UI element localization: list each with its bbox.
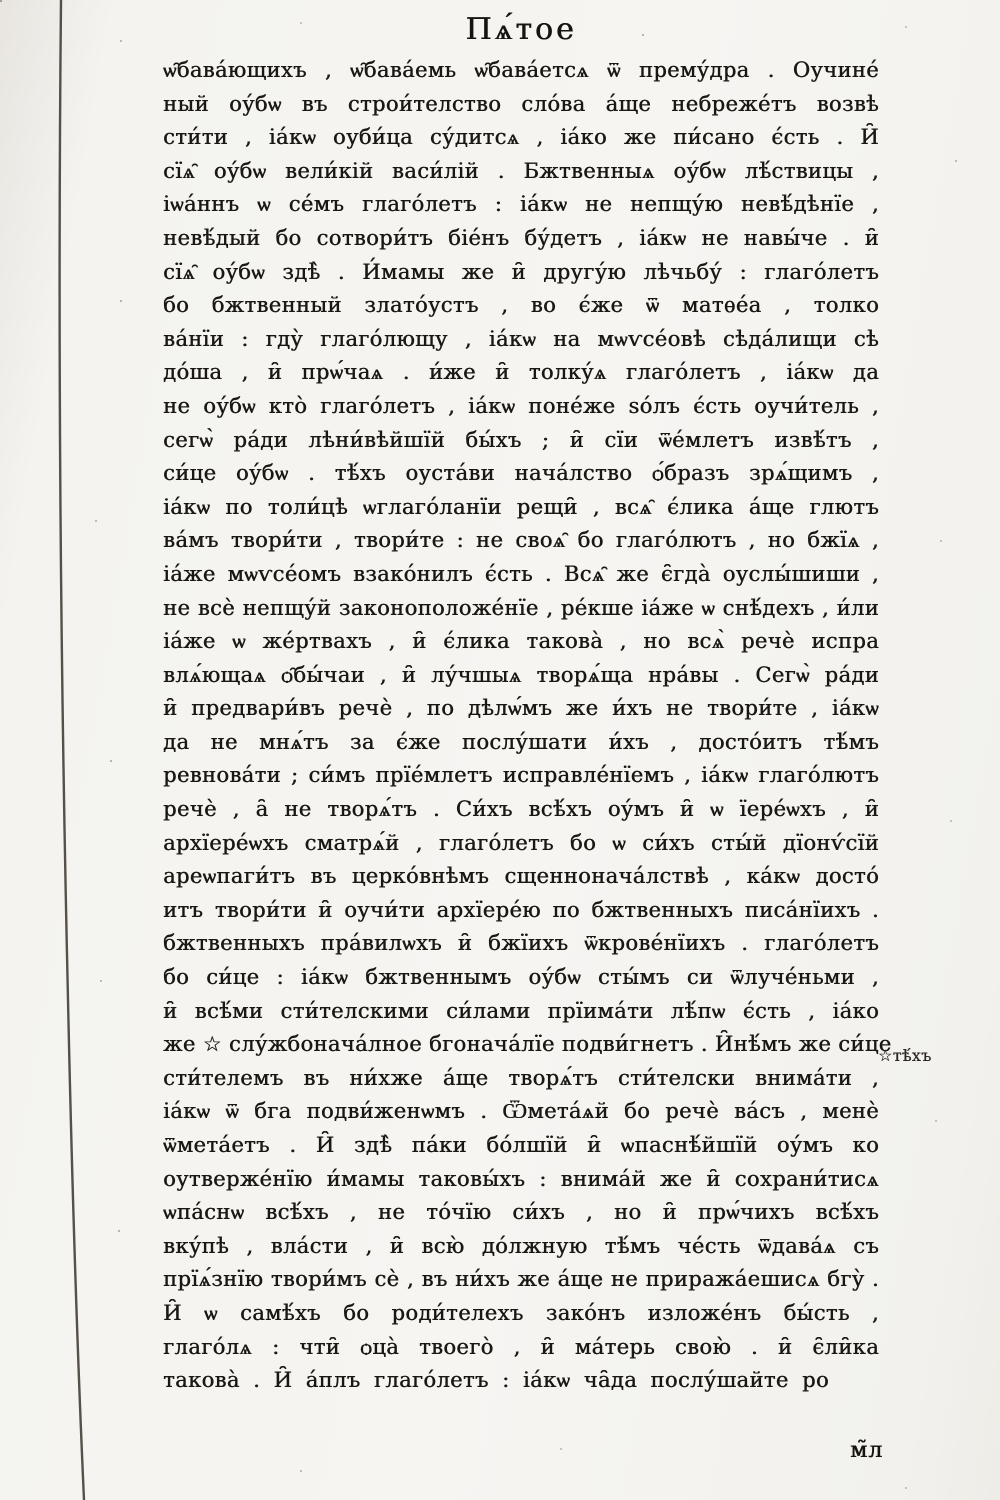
text-line: вку́пѣ , вла́сти , и̑ всю̀ до́лжную тѣ́м… [163,1230,879,1264]
text-line: ный оу́бѡ въ строи́телство сло́ва а́ще н… [163,88,879,122]
text-line: ѿмета́етъ . И̑ здѣ̀ па́ки бо́лшїй и̑ ѡпа… [163,1129,879,1163]
text-line: ва́мъ твори́ти , твори́те : не своѧ̑ бо … [163,524,879,558]
margin-footnote: ☆тѣ́хъ [878,1046,932,1065]
text-line: до́ша , и̑ прѡ́чаѧ . и́же и̑ толку́ѧ гла… [163,356,879,390]
text-line: бжтвенныхъ пра́вилѡхъ и̑ бжїихъ ѿкрове́н… [163,927,879,961]
book-page-scan: Пѧ́тое ѡ̑бава́ющихъ , ѡ̑бава́емь ѡ̑бава́… [0,0,1000,1500]
text-line: итъ твори́ти и̑ оучи́ти архїере́ю по бжт… [163,894,879,928]
text-line: сти́ти , іа́кѡ оуби́ца су́дитсѧ , іа́ко … [163,121,879,155]
text-line: речѐ , а̑ не творѧ́тъ . Си́хъ всѣ́хъ оу́… [163,793,879,827]
text-line: такова̀ . И̑ а́плъ глаго́летъ : іа́кѡ ча… [163,1364,829,1398]
text-line: не оу́бѡ кто̀ глаго́летъ , іа́кѡ поне́же… [163,390,879,424]
text-line: іа́кѡ по толи́цѣ ѡглаго́ланїи рещи̑ , вс… [163,491,879,525]
text-line: іа́кѡ ѿ бга подви́женѡмъ . Ѿмета́ѧй бо р… [163,1095,879,1129]
text-line: прїѧ́знїю твори́мъ сѐ , въ ни́хъ же а́ще… [163,1263,879,1297]
text-line: іа́же мѡѵсе́омъ взако́нилъ є́сть . Всѧ̑ … [163,558,879,592]
text-line: глаго́лѧ : чти̑ ѻца̀ твоего̀ , и̑ ма́тер… [163,1331,879,1365]
text-line: ревнова́ти ; си́мъ прїе́млетъ исправле́н… [163,759,879,793]
text-line: ѡ̑бава́ющихъ , ѡ̑бава́емь ѡ̑бава́етсѧ ѿ … [163,54,879,88]
text-line: бо бжтвенный злато́устъ , во є́же ѿ матѳ… [163,289,879,323]
text-line: И̑ ѡ самѣ́хъ бо роди́телехъ зако́нъ изло… [163,1297,879,1331]
text-line: да не мнѧ́тъ за є́же послу́шати и́хъ , д… [163,726,879,760]
text-line: си́це оу́бѡ . тѣ́хъ оуста́ви нача́лство … [163,457,879,491]
text-line: и̑ предвари́въ речѐ , по дѣлѡ́мъ же и́хъ… [163,692,879,726]
text-line: влѧ́ющаѧ ѻ̑бы́чаи , и̑ лу́чшыѧ творѧ́ща … [163,659,879,693]
text-line: архїере́ѡхъ сматрѧ́й , глаго́летъ бо ѡ с… [163,827,879,861]
text-line: іѡа́ннъ ѡ се́мъ глаго́летъ : іа́кѡ не не… [163,188,879,222]
text-line: бо си́це : іа́кѡ бжтвеннымъ оу́бѡ сты́мъ… [163,961,879,995]
text-line: ареѡпаги́тъ въ церко́внѣмъ сщеннонача́лс… [163,860,879,894]
text-line: невѣ́дый бо сотвори́тъ біе́нъ бу́детъ , … [163,222,879,256]
quire-signature: м̃л [850,1438,883,1463]
text-line: оутверже́нїю и́мамы таковы́хъ : внима́й … [163,1163,879,1197]
text-line: сти́телемъ въ ни́хже а́ще творѧ́тъ сти́т… [163,1062,879,1096]
text-line: ва́нїи : гду̀ глаго́лющу , іа́кѡ на мѡѵс… [163,323,879,357]
text-line: ѡпа́снѡ всѣ́хъ , не то́чїю си́хъ , но и̑… [163,1196,879,1230]
running-head: Пѧ́тое [163,12,879,47]
text-line: сїѧ̑ оу́бѡ вели́кій васи́лій . Бжтвенныѧ… [163,155,879,189]
text-line: сегѡ̀ ра́ди лѣни́вѣйшїй бы́хъ ; и̑ сїи ѿ… [163,424,879,458]
text-line: не всѐ непщу́й законоположе́нїе , ре́кше… [163,592,879,626]
text-line: іа́же ѡ же́ртвахъ , и̑ є́лика такова̀ , … [163,625,879,659]
text-line: же ☆ слу́жбонача́лное бгонача́лїе подви́… [163,1028,879,1062]
text-block: ѡ̑бава́ющихъ , ѡ̑бава́емь ѡ̑бава́етсѧ ѿ … [163,54,879,1398]
text-line: сїѧ̑ оу́бѡ здѣ̀ . И́мамы же и̑ другу́ю л… [163,256,879,290]
text-line: и̑ всѣ́ми сти́телскими си́лами прїима́ти… [163,995,879,1029]
scan-noise-specks [0,0,2,2]
